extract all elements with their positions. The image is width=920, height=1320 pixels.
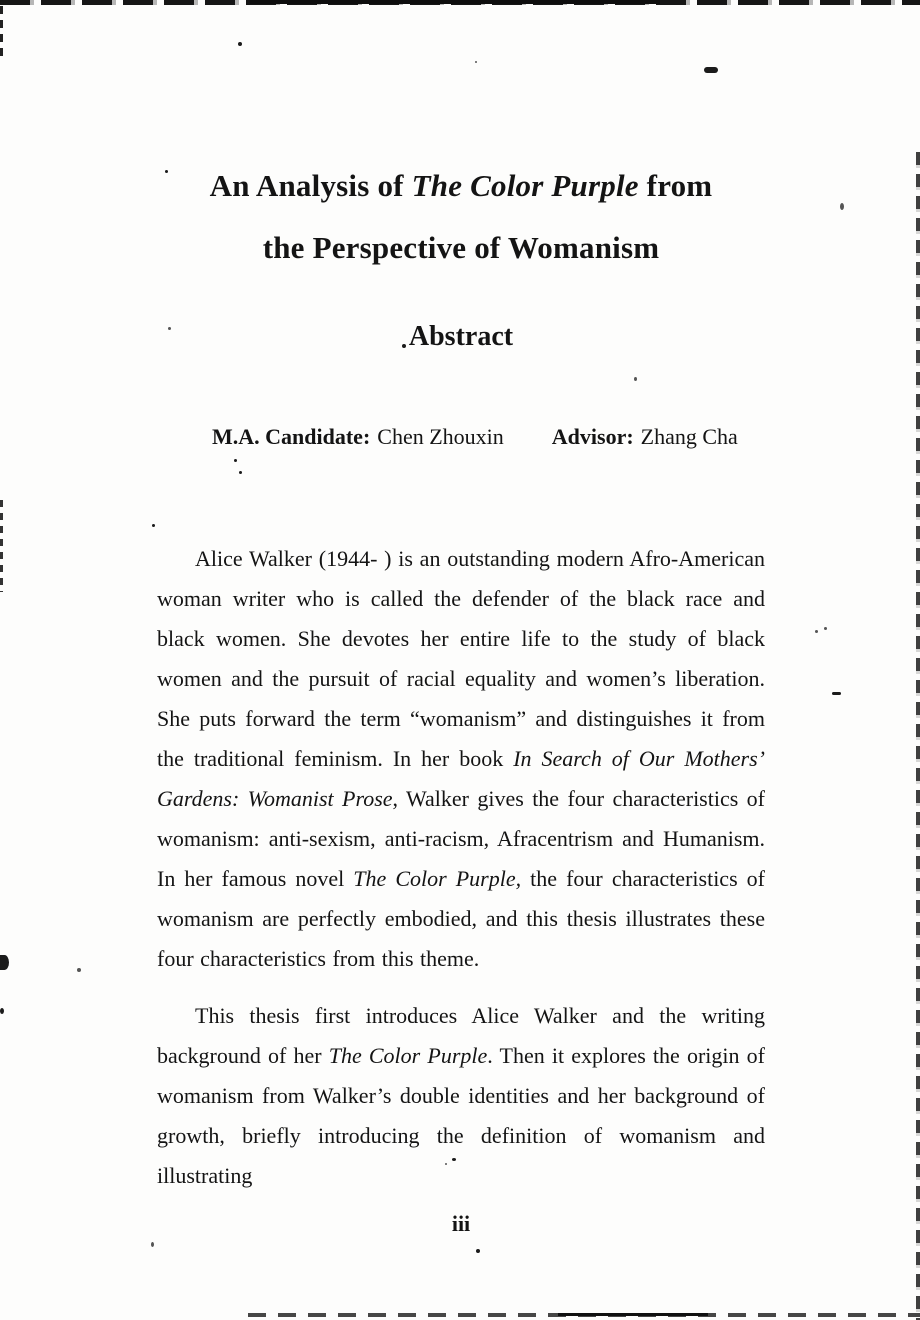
scan-speckle [840, 203, 844, 210]
scan-speckle [0, 1008, 4, 1014]
scan-edge-left-mid [0, 500, 3, 592]
advisor-entry: Advisor:Zhang Cha [552, 417, 738, 457]
title-line-1: An Analysis of The Color Purple from [210, 168, 713, 203]
page-content: An Analysis of The Color Purple from the… [157, 0, 765, 1244]
scan-edge-left-upper [0, 6, 3, 61]
abstract-paragraph-1: Alice Walker (1944- ) is an outstanding … [157, 539, 765, 979]
advisor-label: Advisor: [552, 424, 634, 449]
scan-edge-bottom [248, 1313, 920, 1317]
candidate-label: M.A. Candidate: [212, 424, 370, 449]
scanned-thesis-page: An Analysis of The Color Purple from the… [0, 0, 920, 1320]
abstract-heading: Abstract [157, 317, 765, 357]
page-number: iii [157, 1204, 765, 1244]
byline: M.A. Candidate:Chen Zhouxin Advisor:Zhan… [157, 417, 765, 457]
candidate-name: Chen Zhouxin [370, 424, 504, 449]
candidate-entry: M.A. Candidate:Chen Zhouxin [212, 417, 504, 457]
scan-speckle [152, 524, 155, 527]
scan-speckle [815, 630, 818, 633]
advisor-name: Zhang Cha [634, 424, 738, 449]
document-title: An Analysis of The Color Purple from the… [157, 155, 765, 279]
scan-edge-right [916, 152, 920, 1320]
scan-speckle [151, 1242, 154, 1247]
scan-speckle [77, 968, 81, 972]
scan-speckle [476, 1249, 480, 1253]
scan-speckle [0, 955, 9, 970]
abstract-paragraph-2: This thesis first introduces Alice Walke… [157, 996, 765, 1196]
title-line-2: the Perspective of Womanism [263, 230, 660, 265]
scan-speckle [824, 627, 827, 630]
scan-speckle [832, 692, 841, 695]
